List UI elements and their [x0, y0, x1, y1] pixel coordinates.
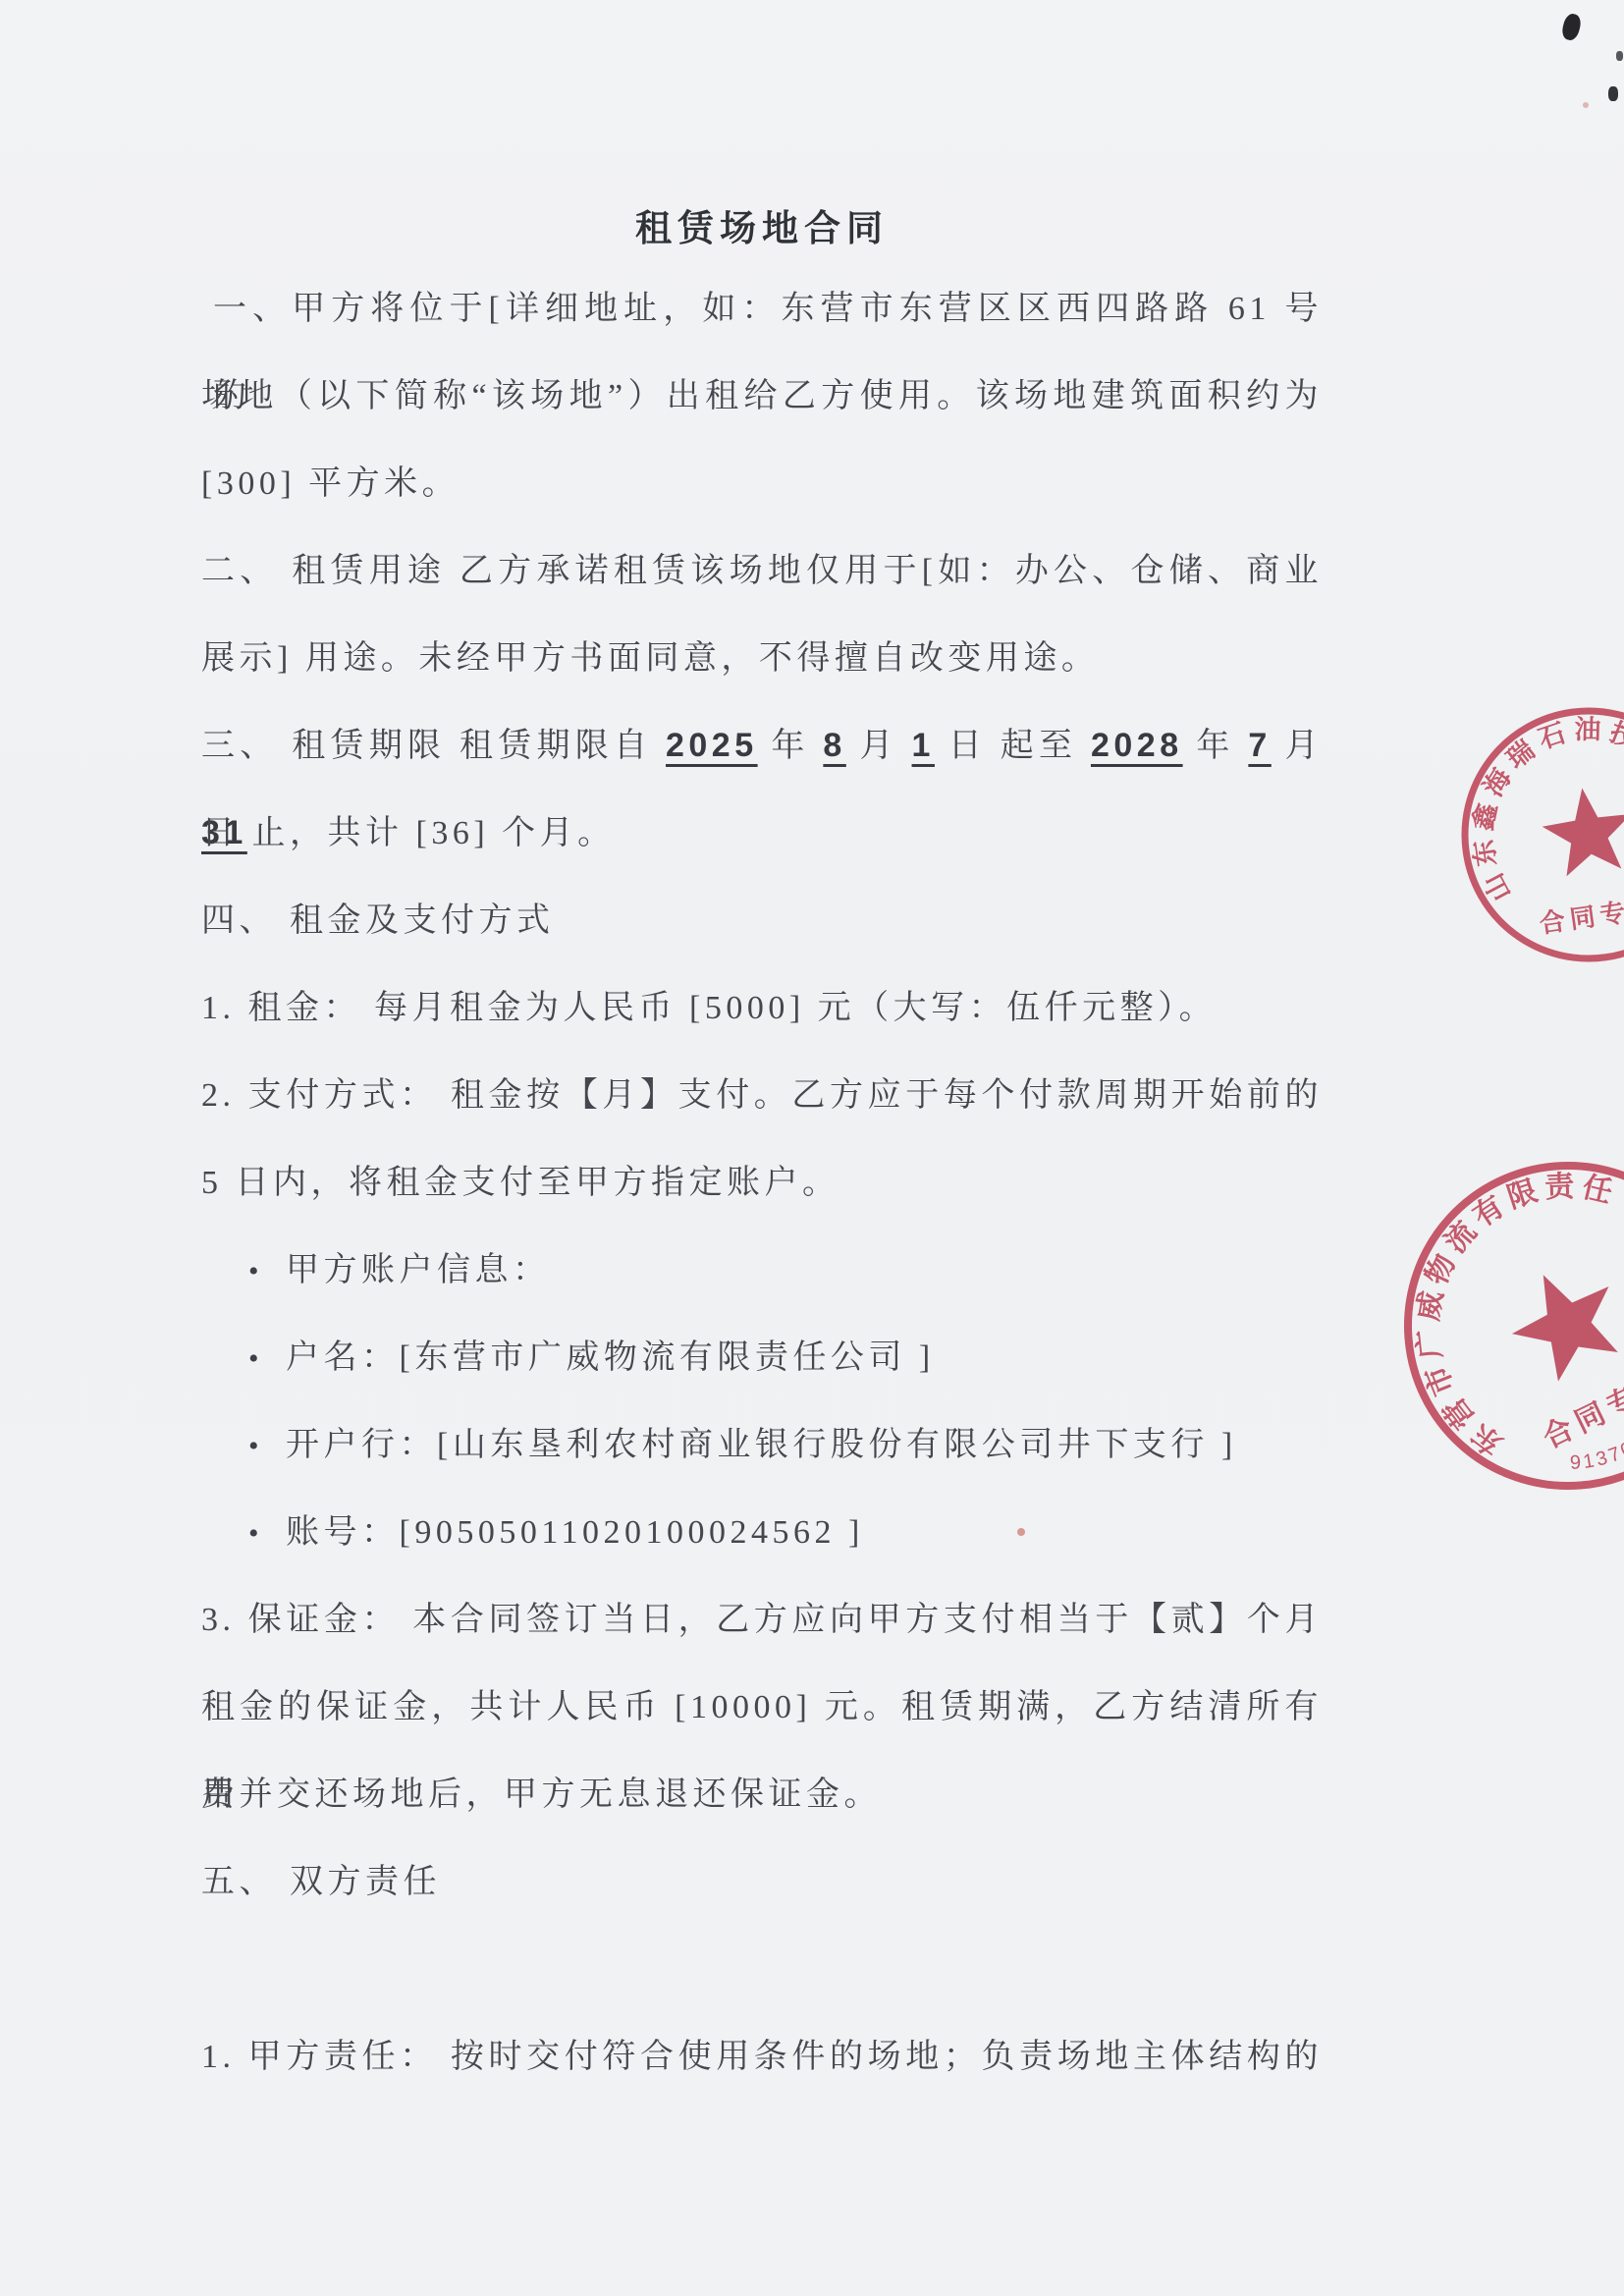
rent-line3: 5 日内，将租金支付至甲方指定账户。	[201, 1139, 1323, 1227]
bullet-bank: •开户行：[山东垦利农村商业银行股份有限公司井下支行 ]	[201, 1401, 1323, 1489]
scanned-contract-page: 租赁场地合同 一、甲方将位于[详细地址，如：东营市东营区区西四路路 61 号 的…	[0, 0, 1624, 2296]
term-text: 三、 租赁期限 租赁期限自	[201, 728, 666, 764]
rent-line1: 1. 租金： 每月租金为人民币 [5000] 元（大写：伍仟元整）。	[201, 964, 1323, 1052]
term-text: 月	[1272, 728, 1323, 764]
clause5-heading: 五、 双方责任	[201, 1838, 1323, 1926]
bullet-account-info: •甲方账户信息：	[201, 1227, 1323, 1314]
clause1-line1: 一、甲方将位于[详细地址，如：东营市东营区区西四路路 61 号 的	[201, 265, 1323, 353]
clause4-heading: 四、 租金及支付方式	[201, 877, 1323, 964]
star-icon	[1538, 782, 1624, 879]
term-start-year: 2025	[666, 727, 758, 764]
term-start-day: 1	[912, 727, 935, 764]
term-end-month: 7	[1248, 727, 1271, 764]
term-text: 年	[1183, 728, 1249, 764]
svg-text:山东鑫海瑞石油技: 山东鑫海瑞石油技	[1453, 705, 1624, 908]
scan-speck	[1560, 12, 1583, 41]
seal-label: 合同专用	[1538, 893, 1624, 939]
clause3-line2: 日 止，共计 [36] 个月。	[201, 790, 1323, 877]
clause1-line3: [300] 平方米。	[201, 440, 1323, 527]
company-seal-middle: 东营市广威物流有限责任 合同专用 9137052	[1335, 1093, 1624, 1558]
term-text: 年	[758, 728, 824, 764]
company-seal-top: 山东鑫海瑞石油技 合同专用	[1437, 683, 1624, 985]
deposit-line3: 用并交还场地后，甲方无息退还保证金。	[201, 1751, 1323, 1838]
bullet-icon: •	[248, 1315, 282, 1402]
term-text: 月	[846, 728, 912, 764]
deposit-line1: 3. 保证金： 本合同签订当日，乙方应向甲方支付相当于【贰】个月	[201, 1576, 1323, 1664]
scan-speck	[1608, 86, 1618, 101]
clause2-line1: 二、 租赁用途 乙方承诺租赁该场地仅用于[如：办公、仓储、商业	[201, 527, 1323, 615]
blank-line	[201, 1926, 1323, 2013]
responsibility-line1: 1. 甲方责任： 按时交付符合使用条件的场地；负责场地主体结构的	[201, 2013, 1323, 2101]
rent-line2: 2. 支付方式： 租金按【月】支付。乙方应于每个付款周期开始前的	[201, 1052, 1323, 1139]
bullet-account-number: •账号：[90505011020100024562 ]	[201, 1489, 1323, 1576]
bullet-icon: •	[248, 1228, 282, 1315]
star-icon	[1494, 1251, 1624, 1391]
scan-speck	[1616, 51, 1623, 61]
scan-speck	[1583, 102, 1589, 108]
page-title: 租赁场地合同	[201, 194, 1323, 265]
clause2-line2: 展示] 用途。未经甲方书面同意，不得擅自改变用途。	[201, 615, 1323, 702]
term-start-month: 8	[823, 727, 845, 764]
contract-body: 租赁场地合同 一、甲方将位于[详细地址，如：东营市东营区区西四路路 61 号 的…	[201, 194, 1323, 2101]
seal-company-name: 山东鑫海瑞石油技	[1453, 705, 1624, 908]
bullet-icon: •	[248, 1490, 282, 1577]
bullet-account-name: •户名：[东营市广威物流有限责任公司 ]	[201, 1314, 1323, 1401]
term-end-year: 2028	[1091, 727, 1183, 764]
clause3-line1: 三、 租赁期限 租赁期限自 2025 年 8 月 1 日 起至 2028 年 7…	[201, 702, 1323, 790]
bullet-icon: •	[248, 1402, 282, 1490]
seal-label: 合同专用	[1538, 1363, 1624, 1455]
clause1-line2: 场地（以下简称“该场地”）出租给乙方使用。该场地建筑面积约为	[201, 353, 1323, 440]
deposit-line2: 租金的保证金，共计人民币 [10000] 元。租赁期满，乙方结清所有费	[201, 1664, 1323, 1751]
term-text: 日 起至	[935, 728, 1091, 764]
scan-speck	[1017, 1528, 1025, 1536]
